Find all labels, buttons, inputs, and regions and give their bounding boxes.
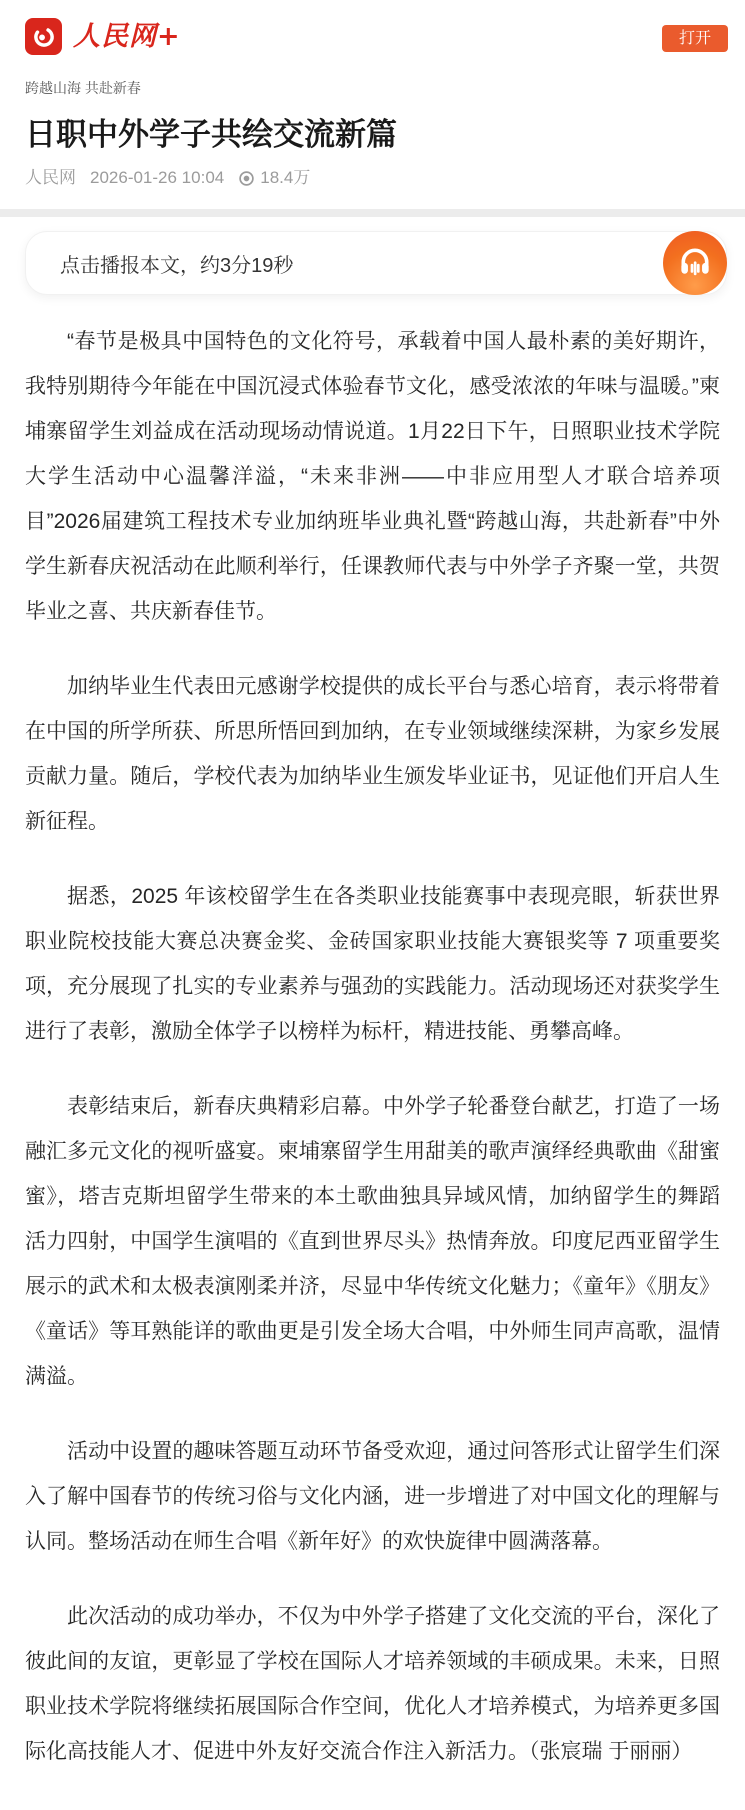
play-audio-button[interactable]	[663, 231, 727, 295]
paragraph: 表彰结束后，新春庆典精彩启幕。中外学子轮番登台献艺，打造了一场融汇多元文化的视听…	[25, 1084, 720, 1399]
paragraph: 此次活动的成功举办，不仅为中外学子搭建了文化交流的平台，深化了彼此间的友谊，更彰…	[25, 1594, 720, 1774]
top-app-banner: 人民网+ 打开	[0, 0, 745, 55]
section-divider	[0, 209, 745, 217]
paragraph: 活动中设置的趣味答题互动环节备受欢迎，通过问答形式让留学生们深入了解中国春节的传…	[25, 1429, 720, 1564]
eye-icon	[238, 170, 255, 187]
site-logo-text: 人民网+	[73, 18, 181, 55]
article-body: “春节是极具中国特色的文化符号，承载着中国人最朴素的美好期许，我特别期待今年能在…	[0, 295, 745, 1810]
people-daily-logo-icon	[25, 18, 62, 55]
headphones-icon	[677, 244, 713, 283]
site-logo[interactable]: 人民网+	[25, 18, 181, 55]
open-in-app-button[interactable]: 打开	[662, 25, 728, 52]
article-page: 人民网+ 打开 跨越山海 共赴新春 日职中外学子共绘交流新篇 人民网 2026-…	[0, 0, 745, 1810]
audio-prompt-text: 点击播报本文，约3分19秒	[26, 249, 293, 278]
paragraph: 据悉，2025 年该校留学生在各类职业技能赛事中表现亮眼，斩获世界职业院校技能大…	[25, 874, 720, 1054]
article-category: 跨越山海 共赴新春	[25, 80, 720, 96]
paragraph: 加纳毕业生代表田元感谢学校提供的成长平台与悉心培育，表示将带着在中国的所学所获、…	[25, 664, 720, 844]
view-count-value: 18.4万	[260, 168, 310, 188]
paragraph: “春节是极具中国特色的文化符号，承载着中国人最朴素的美好期许，我特别期待今年能在…	[25, 319, 720, 634]
audio-playback-card[interactable]: 点击播报本文，约3分19秒	[25, 231, 727, 295]
article-title: 日职中外学子共绘交流新篇	[25, 114, 720, 156]
article-source: 人民网	[25, 168, 76, 188]
article-datetime: 2026-01-26 10:04	[90, 168, 224, 188]
article-meta: 人民网 2026-01-26 10:04 18.4万	[25, 168, 720, 188]
view-count: 18.4万	[238, 168, 310, 188]
